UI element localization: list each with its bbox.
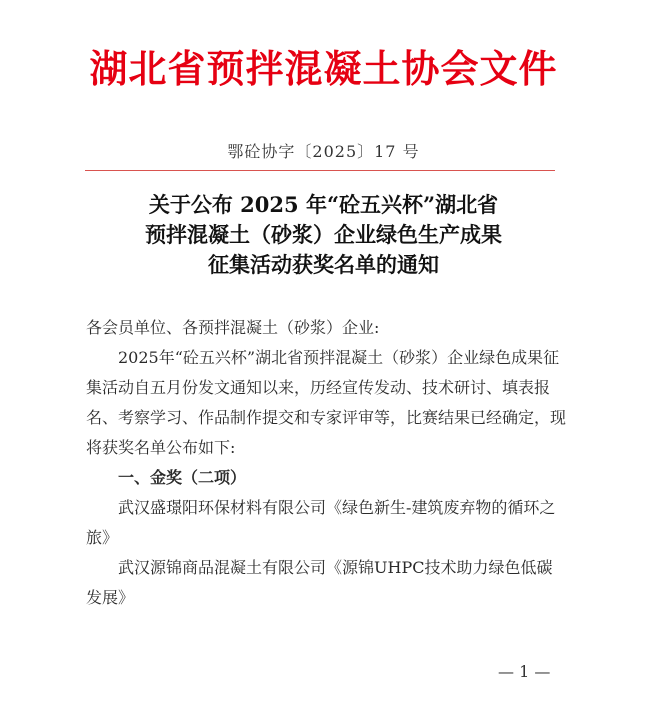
title-line-2: 预拌混凝土（砂浆）企业绿色生产成果 xyxy=(0,220,647,250)
section-heading-gold: 一、金奖（二项） xyxy=(86,463,566,493)
notice-title: 关于公布 2025 年“砼五兴杯”湖北省 预拌混凝土（砂浆）企业绿色生产成果 征… xyxy=(0,190,647,280)
title-line-1: 关于公布 2025 年“砼五兴杯”湖北省 xyxy=(0,190,647,220)
masthead-title: 湖北省预拌混凝土协会文件 xyxy=(0,38,647,93)
title-line-3: 征集活动获奖名单的通知 xyxy=(0,250,647,280)
award-item: 武汉盛璟阳环保材料有限公司《绿色新生-建筑废弃物的循环之旅》 xyxy=(86,493,566,553)
document-number: 鄂砼协字〔2025〕17 号 xyxy=(0,139,647,162)
red-divider xyxy=(85,170,555,171)
document-body: 各会员单位、各预拌混凝土（砂浆）企业: 2025年“砼五兴杯”湖北省预拌混凝土（… xyxy=(86,313,566,613)
page-number: — 1 — xyxy=(498,662,550,681)
salutation: 各会员单位、各预拌混凝土（砂浆）企业: xyxy=(86,313,566,343)
intro-paragraph: 2025年“砼五兴杯”湖北省预拌混凝土（砂浆）企业绿色成果征集活动自五月份发文通… xyxy=(86,343,566,463)
award-item: 武汉源锦商品混凝土有限公司《源锦UHPC技术助力绿色低碳发展》 xyxy=(86,553,566,613)
